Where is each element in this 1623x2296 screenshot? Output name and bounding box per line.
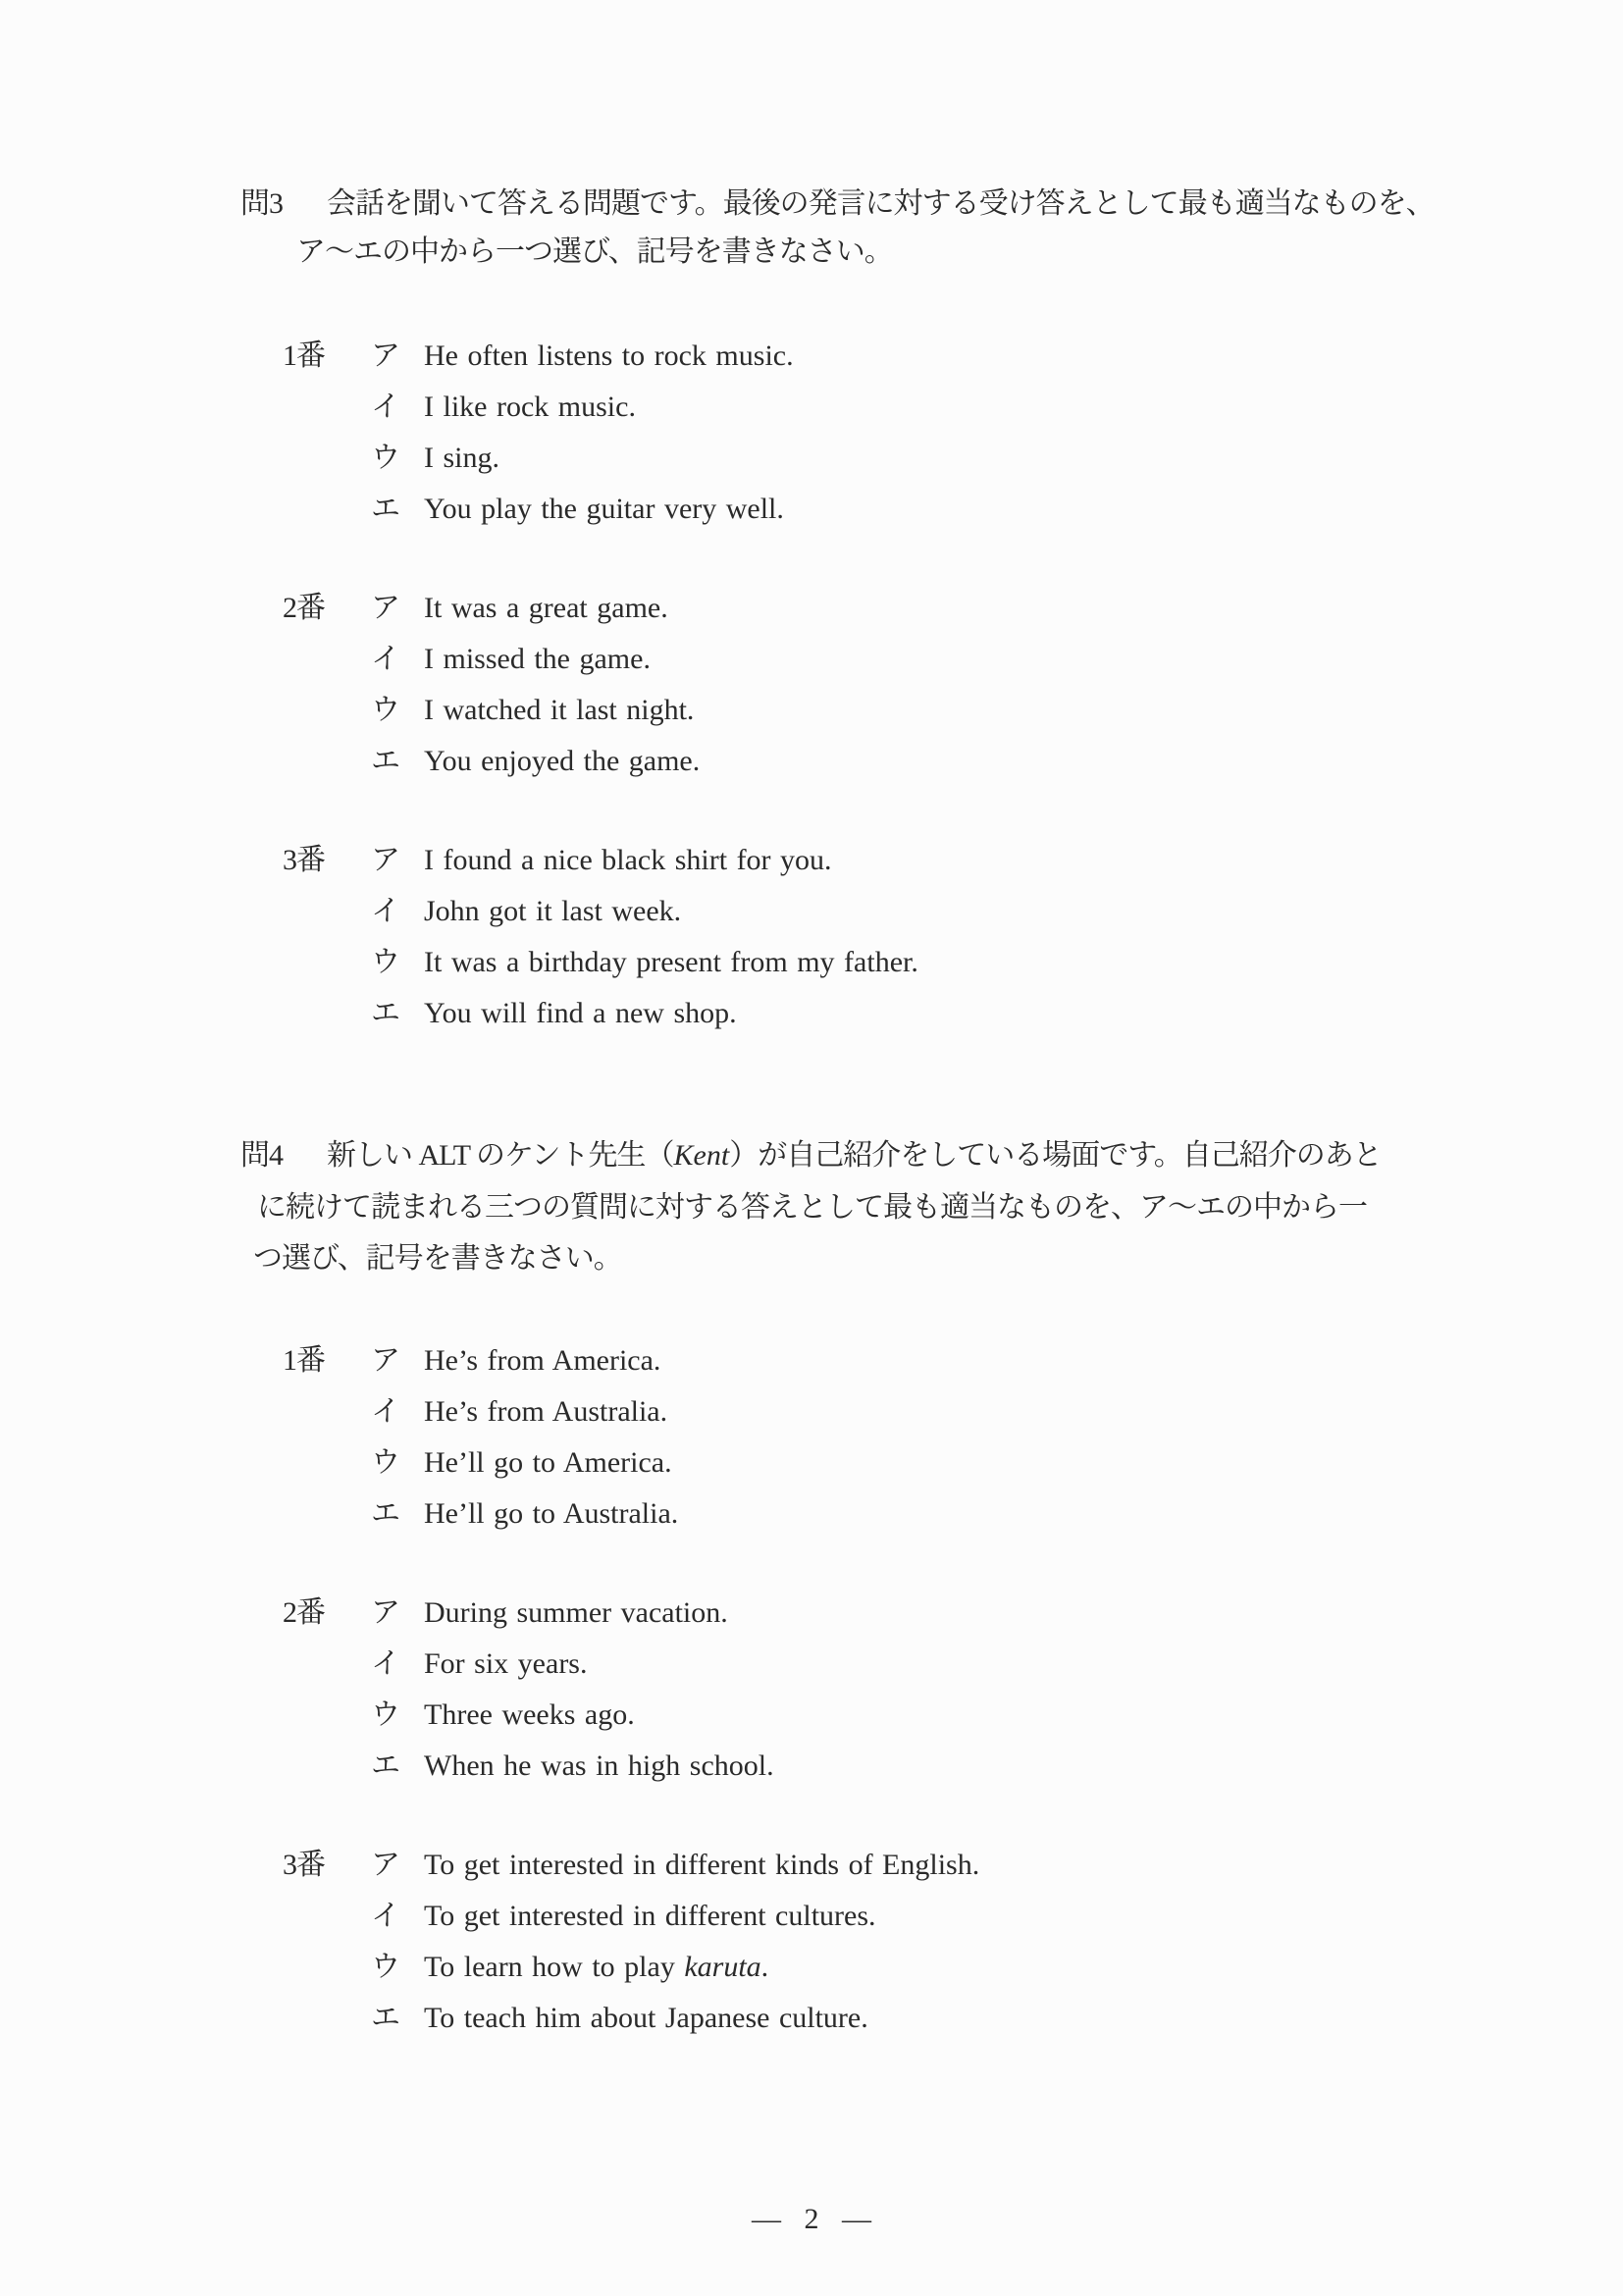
q3-question-1: 1番 ア He often listens to rock music. イ I… bbox=[0, 331, 1623, 535]
option-letter: エ bbox=[371, 1488, 399, 1539]
option-letter: ウ bbox=[371, 433, 399, 484]
option-letter: ウ bbox=[371, 1690, 399, 1741]
option-letter: イ bbox=[371, 1891, 399, 1942]
option-letter: ア bbox=[371, 331, 399, 382]
option-text: To teach him about Japanese culture. bbox=[424, 1993, 868, 2044]
answer-option: エ To teach him about Japanese culture. bbox=[0, 1993, 1623, 2044]
option-text: I sing. bbox=[424, 433, 499, 484]
answer-option: ア It was a great game. bbox=[0, 583, 1623, 634]
option-text: It was a great game. bbox=[424, 583, 668, 634]
option-text: Three weeks ago. bbox=[424, 1690, 635, 1741]
answer-option: ア To get interested in different kinds o… bbox=[0, 1840, 1623, 1891]
option-letter: イ bbox=[371, 1639, 399, 1690]
option-text: It was a birthday present from my father… bbox=[424, 937, 918, 988]
answer-option: ウ He’ll go to America. bbox=[0, 1437, 1623, 1488]
option-text-italic: karuta bbox=[684, 1951, 760, 1983]
option-text: I like rock music. bbox=[424, 382, 636, 433]
option-text: When he was in high school. bbox=[424, 1741, 774, 1792]
answer-option: イ I missed the game. bbox=[0, 634, 1623, 685]
answer-option: ウ I watched it last night. bbox=[0, 685, 1623, 736]
answer-option: エ He’ll go to Australia. bbox=[0, 1488, 1623, 1539]
option-letter: ア bbox=[371, 835, 399, 886]
answer-option: エ When he was in high school. bbox=[0, 1741, 1623, 1792]
q4-prompt-line3: つ選び、記号を書きなさい。 bbox=[253, 1243, 622, 1275]
option-letter: エ bbox=[371, 1993, 399, 2044]
q4-prompt-line1: 新しい ALT のケント先生（Kent）が自己紹介をしている場面です。自己紹介の… bbox=[327, 1140, 1382, 1172]
option-letter: エ bbox=[371, 1741, 399, 1792]
option-text: John got it last week. bbox=[424, 886, 681, 937]
option-text-post: . bbox=[761, 1951, 769, 1983]
option-letter: ウ bbox=[371, 1437, 399, 1488]
q4-prompt-kent-italic: Kent bbox=[674, 1139, 730, 1172]
answer-option: エ You enjoyed the game. bbox=[0, 736, 1623, 787]
option-letter: イ bbox=[371, 634, 399, 685]
option-text: I found a nice black shirt for you. bbox=[424, 835, 832, 886]
answer-option: ア During summer vacation. bbox=[0, 1588, 1623, 1639]
answer-option: ウ I sing. bbox=[0, 433, 1623, 484]
answer-option: イ He’s from Australia. bbox=[0, 1386, 1623, 1437]
option-text: I watched it last night. bbox=[424, 685, 694, 736]
option-text: He’ll go to America. bbox=[424, 1437, 672, 1488]
option-letter: エ bbox=[371, 988, 399, 1039]
answer-option: ア I found a nice black shirt for you. bbox=[0, 835, 1623, 886]
q4-prompt-line1-post: ）が自己紹介をしている場面です。自己紹介のあと bbox=[729, 1139, 1382, 1172]
option-letter: ア bbox=[371, 1588, 399, 1639]
answer-option: ウ It was a birthday present from my fath… bbox=[0, 937, 1623, 988]
option-text: He’s from Australia. bbox=[424, 1386, 667, 1437]
option-letter: ア bbox=[371, 1840, 399, 1891]
option-letter: ア bbox=[371, 1335, 399, 1386]
option-letter: イ bbox=[371, 382, 399, 433]
option-text: I missed the game. bbox=[424, 634, 651, 685]
option-text: You will find a new shop. bbox=[424, 988, 737, 1039]
option-text: He often listens to rock music. bbox=[424, 331, 794, 382]
option-letter: エ bbox=[371, 736, 399, 787]
q4-label: 問4 bbox=[240, 1140, 283, 1172]
exam-page: 問3 会話を聞いて答える問題です。最後の発言に対する受け答えとして最も適当なもの… bbox=[0, 0, 1623, 2296]
q3-prompt-line2: ア〜エの中から一つ選び、記号を書きなさい。 bbox=[296, 236, 893, 268]
q3-prompt-line1: 会話を聞いて答える問題です。最後の発言に対する受け答えとして最も適当なものを、 bbox=[327, 188, 1435, 220]
option-letter: ウ bbox=[371, 1942, 399, 1993]
option-text: He’s from America. bbox=[424, 1335, 660, 1386]
option-text: He’ll go to Australia. bbox=[424, 1488, 678, 1539]
option-letter: ウ bbox=[371, 937, 399, 988]
q4-question-1: 1番 ア He’s from America. イ He’s from Aust… bbox=[0, 1335, 1623, 1539]
q3-label: 問3 bbox=[240, 188, 283, 220]
answer-option: ウ Three weeks ago. bbox=[0, 1690, 1623, 1741]
option-text: During summer vacation. bbox=[424, 1588, 728, 1639]
option-text: To get interested in different kinds of … bbox=[424, 1840, 979, 1891]
q4-prompt-line1-pre: 新しい ALT のケント先生（ bbox=[327, 1139, 674, 1172]
q3-question-3: 3番 ア I found a nice black shirt for you.… bbox=[0, 835, 1623, 1039]
answer-option: ウ To learn how to play karuta. bbox=[0, 1942, 1623, 1993]
option-text: You enjoyed the game. bbox=[424, 736, 700, 787]
option-text: For six years. bbox=[424, 1639, 587, 1690]
option-text: To learn how to play karuta. bbox=[424, 1942, 768, 1993]
option-text: You play the guitar very well. bbox=[424, 484, 784, 535]
option-letter: イ bbox=[371, 886, 399, 937]
answer-option: ア He’s from America. bbox=[0, 1335, 1623, 1386]
answer-option: イ To get interested in different culture… bbox=[0, 1891, 1623, 1942]
q4-question-3: 3番 ア To get interested in different kind… bbox=[0, 1840, 1623, 2044]
answer-option: イ For six years. bbox=[0, 1639, 1623, 1690]
option-letter: エ bbox=[371, 484, 399, 535]
option-letter: ウ bbox=[371, 685, 399, 736]
q4-prompt-line2: に続けて読まれる三つの質問に対する答えとして最も適当なものを、ア〜エの中から一 bbox=[257, 1192, 1367, 1224]
answer-option: イ I like rock music. bbox=[0, 382, 1623, 433]
answer-option: エ You play the guitar very well. bbox=[0, 484, 1623, 535]
answer-option: エ You will find a new shop. bbox=[0, 988, 1623, 1039]
page-footer: — 2 — bbox=[0, 2204, 1623, 2235]
option-text-pre: To learn how to play bbox=[424, 1951, 684, 1983]
option-letter: イ bbox=[371, 1386, 399, 1437]
q3-question-2: 2番 ア It was a great game. イ I missed the… bbox=[0, 583, 1623, 787]
answer-option: イ John got it last week. bbox=[0, 886, 1623, 937]
answer-option: ア He often listens to rock music. bbox=[0, 331, 1623, 382]
option-letter: ア bbox=[371, 583, 399, 634]
option-text: To get interested in different cultures. bbox=[424, 1891, 876, 1942]
q4-question-2: 2番 ア During summer vacation. イ For six y… bbox=[0, 1588, 1623, 1792]
page-number: — 2 — bbox=[752, 2203, 871, 2235]
